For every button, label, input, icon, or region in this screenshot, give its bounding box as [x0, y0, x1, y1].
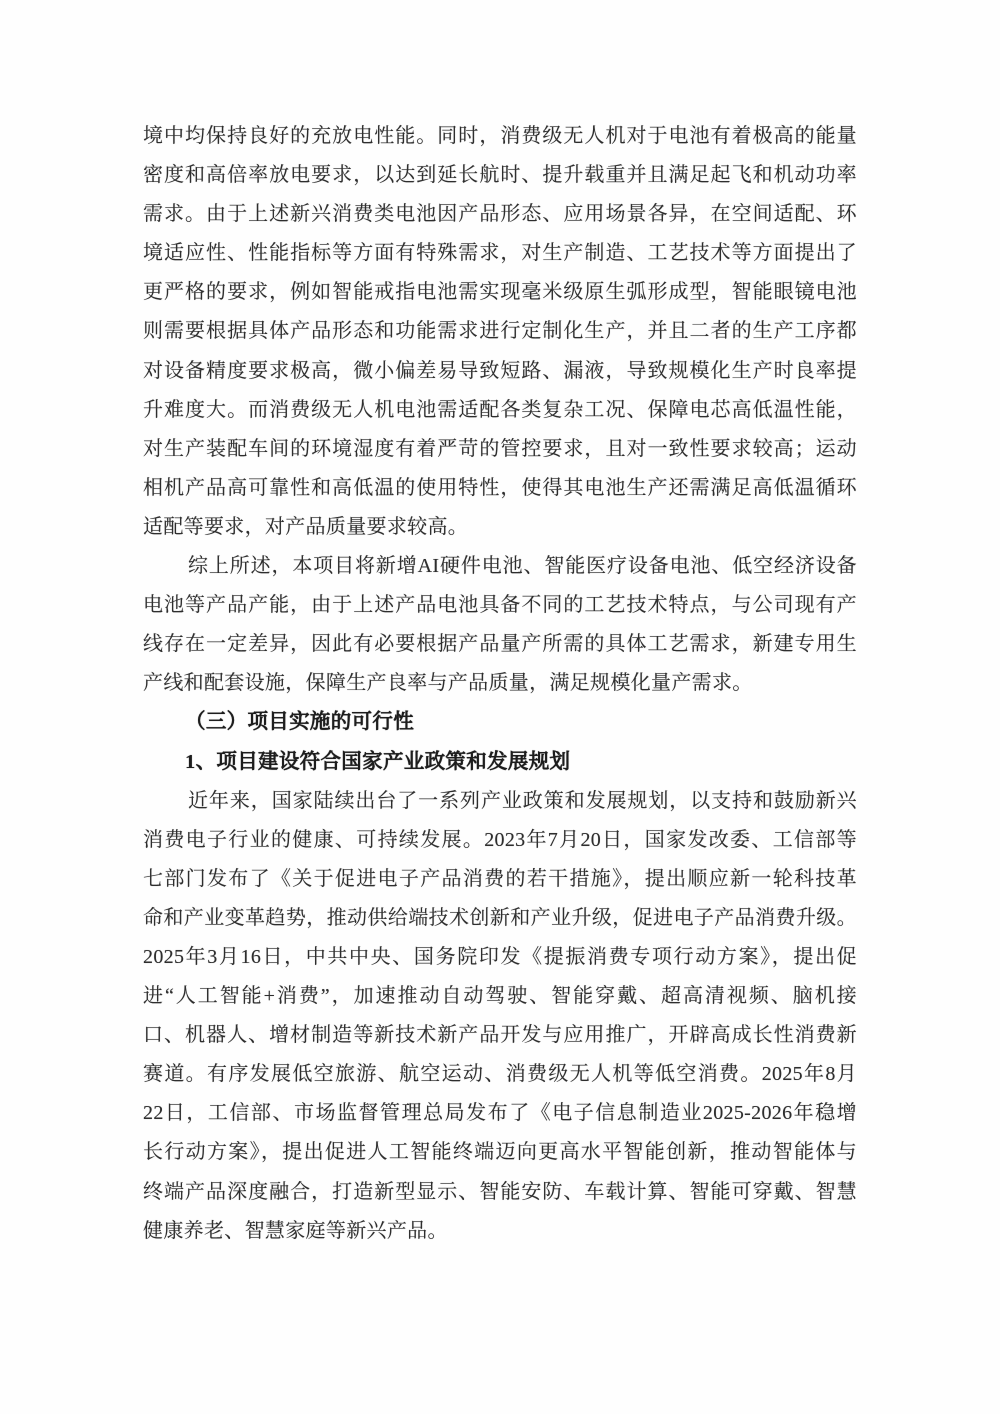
body-text-line: 线存在一定差异，因此有必要根据产品量产所需的具体工艺需求，新建专用生 — [143, 625, 857, 664]
body-text-line: 健康养老、智慧家庭等新兴产品。 — [143, 1212, 857, 1251]
body-text-line: 七部门发布了《关于促进电子产品消费的若干措施》，提出顺应新一轮科技革 — [143, 860, 857, 899]
body-text-line: 则需要根据具体产品形态和功能需求进行定制化生产，并且二者的生产工序都 — [143, 312, 857, 351]
body-text-line: 产线和配套设施，保障生产良率与产品质量，满足规模化量产需求。 — [143, 664, 857, 703]
body-text-line: 口、机器人、增材制造等新技术新产品开发与应用推广，开辟高成长性消费新 — [143, 1016, 857, 1055]
body-text-line: 相机产品高可靠性和高低温的使用特性，使得其电池生产还需满足高低温循环 — [143, 469, 857, 508]
body-text-line: 对设备精度要求极高，微小偏差易导致短路、漏液，导致规模化生产时良率提 — [143, 352, 857, 391]
body-text-line: 境中均保持良好的充放电性能。同时，消费级无人机对于电池有着极高的能量 — [143, 117, 857, 156]
body-text-line: 升难度大。而消费级无人机电池需适配各类复杂工况、保障电芯高低温性能， — [143, 391, 857, 430]
body-text-line: 适配等要求，对产品质量要求较高。 — [143, 508, 857, 547]
section-heading: （三）项目实施的可行性 — [143, 703, 857, 742]
body-text-line: 消费电子行业的健康、可持续发展。2023年7月20日，国家发改委、工信部等 — [143, 821, 857, 860]
section-heading: 1、项目建设符合国家产业政策和发展规划 — [143, 743, 857, 782]
body-text-line: 赛道。有序发展低空旅游、航空运动、消费级无人机等低空消费。2025年8月 — [143, 1055, 857, 1094]
body-text-line: 需求。由于上述新兴消费类电池因产品形态、应用场景各异，在空间适配、环 — [143, 195, 857, 234]
body-text-line: 近年来，国家陆续出台了一系列产业政策和发展规划，以支持和鼓励新兴 — [143, 782, 857, 821]
body-text-line: 电池等产品产能，由于上述产品电池具备不同的工艺技术特点，与公司现有产 — [143, 586, 857, 625]
body-text-line: 2025年3月16日，中共中央、国务院印发《提振消费专项行动方案》，提出促 — [143, 938, 857, 977]
body-text-line: 终端产品深度融合，打造新型显示、智能安防、车载计算、智能可穿戴、智慧 — [143, 1173, 857, 1212]
body-text-line: 综上所述，本项目将新增AI硬件电池、智能医疗设备电池、低空经济设备 — [143, 547, 857, 586]
text-block: 境中均保持良好的充放电性能。同时，消费级无人机对于电池有着极高的能量密度和高倍率… — [143, 117, 857, 1251]
body-text-line: 更严格的要求，例如智能戒指电池需实现毫米级原生弧形成型，智能眼镜电池 — [143, 273, 857, 312]
body-text-line: 22日，工信部、市场监督管理总局发布了《电子信息制造业2025-2026年稳增 — [143, 1094, 857, 1133]
body-text-line: 命和产业变革趋势，推动供给端技术创新和产业升级，促进电子产品消费升级。 — [143, 899, 857, 938]
body-text-line: 密度和高倍率放电要求，以达到延长航时、提升载重并且满足起飞和机动功率 — [143, 156, 857, 195]
body-text-line: 境适应性、性能指标等方面有特殊需求，对生产制造、工艺技术等方面提出了 — [143, 234, 857, 273]
body-text-line: 长行动方案》，提出促进人工智能终端迈向更高水平智能创新，推动智能体与 — [143, 1133, 857, 1172]
document-page: 境中均保持良好的充放电性能。同时，消费级无人机对于电池有着极高的能量密度和高倍率… — [0, 0, 1000, 1414]
body-text-line: 进“人工智能+消费”，加速推动自动驾驶、智能穿戴、超高清视频、脑机接 — [143, 977, 857, 1016]
body-text-line: 对生产装配车间的环境湿度有着严苛的管控要求，且对一致性要求较高；运动 — [143, 430, 857, 469]
